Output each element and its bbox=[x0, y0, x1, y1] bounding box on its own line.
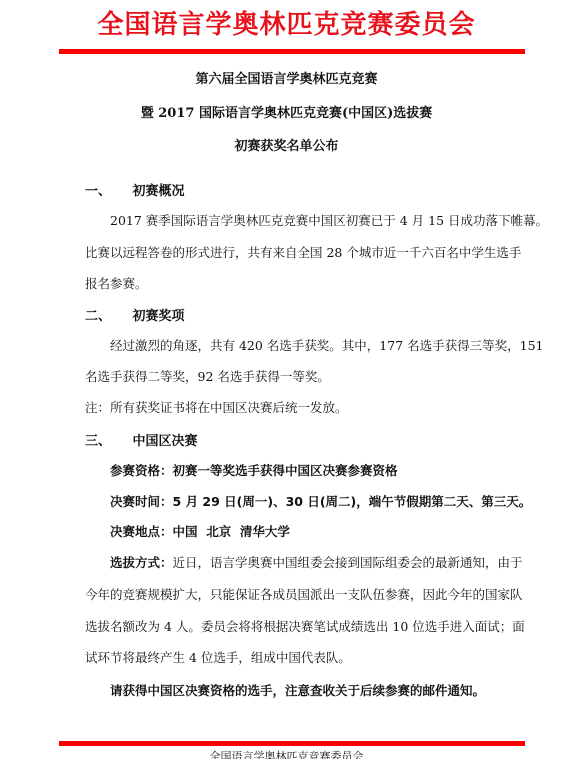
final-time-item: 决赛时间：5 月 29 日(周一)、30 日(周二)，端午节假期第二天、第三天。 bbox=[110, 492, 531, 510]
footer-organization: 全国语言学奥林匹克竞赛委员会 bbox=[0, 748, 573, 759]
item-label: 决赛地点： bbox=[110, 524, 173, 539]
paragraph-line: 2017 赛季国际语言学奥林匹克竞赛中国区初赛已于 4 月 15 日成功落下帷幕… bbox=[110, 211, 548, 229]
paragraph-line: 经过激烈的角逐，共有 420 名选手获奖。其中，177 名选手获得三等奖，151 bbox=[110, 336, 544, 354]
section-number: 一、 bbox=[85, 180, 128, 199]
paragraph-line: 比赛以远程答卷的形式进行，共有来自全国 28 个城市近一千六百名中学生选手 bbox=[85, 243, 521, 261]
section-number: 三、 bbox=[85, 430, 128, 449]
paragraph-line: 试环节将最终产生 4 位选手，组成中国代表队。 bbox=[85, 648, 351, 666]
eligibility-item: 参赛资格：初赛一等奖选手获得中国区决赛参赛资格 bbox=[110, 461, 398, 479]
item-label: 选拔方式： bbox=[110, 555, 173, 570]
paragraph-line: 今年的竞赛规模扩大，只能保证各成员国派出一支队伍参赛，因此今年的国家队 bbox=[85, 585, 523, 603]
section-1-heading: 一、 初赛概况 bbox=[85, 180, 185, 199]
section-2-heading: 二、 初赛奖项 bbox=[85, 305, 185, 324]
email-notice: 请获得中国区决赛资格的选手，注意查收关于后续参赛的邮件通知。 bbox=[110, 681, 485, 699]
organization-title: 全国语言学奥林匹克竞赛委员会 bbox=[0, 10, 573, 40]
section-title: 初赛奖项 bbox=[133, 309, 185, 324]
document-title-line-3: 初赛获奖名单公布 bbox=[0, 135, 573, 154]
note-line: 注：所有获奖证书将在中国区决赛后统一发放。 bbox=[85, 398, 348, 416]
selection-method-item: 选拔方式：近日，语言学奥赛中国组委会接到国际组委会的最新通知，由于 bbox=[110, 553, 523, 571]
document-title-line-2: 暨 2017 国际语言学奥林匹克竞赛(中国区)选拔赛 bbox=[0, 102, 573, 121]
paragraph-line: 选拔名额改为 4 人。委员会将将根据决赛笔试成绩选出 10 位选手进入面试；面 bbox=[85, 617, 525, 635]
paragraph-line: 名选手获得二等奖，92 名选手获得一等奖。 bbox=[85, 367, 330, 385]
section-title: 初赛概况 bbox=[133, 184, 185, 199]
footer-divider bbox=[59, 741, 525, 746]
section-3-heading: 三、 中国区决赛 bbox=[85, 430, 198, 449]
section-title: 中国区决赛 bbox=[133, 434, 198, 449]
item-text: 中国 北京 清华大学 bbox=[173, 524, 290, 539]
item-text: 近日，语言学奥赛中国组委会接到国际组委会的最新通知，由于 bbox=[173, 555, 523, 570]
item-text: 5 月 29 日(周一)、30 日(周二)，端午节假期第二天、第三天。 bbox=[173, 494, 532, 509]
header-divider bbox=[59, 49, 525, 54]
item-text: 初赛一等奖选手获得中国区决赛参赛资格 bbox=[173, 463, 398, 478]
section-number: 二、 bbox=[85, 305, 128, 324]
final-location-item: 决赛地点：中国 北京 清华大学 bbox=[110, 522, 290, 540]
document-title-line-1: 第六届全国语言学奥林匹克竞赛 bbox=[0, 68, 573, 87]
item-label: 参赛资格： bbox=[110, 463, 173, 478]
item-label: 决赛时间： bbox=[110, 494, 173, 509]
paragraph-line: 报名参赛。 bbox=[85, 274, 148, 292]
